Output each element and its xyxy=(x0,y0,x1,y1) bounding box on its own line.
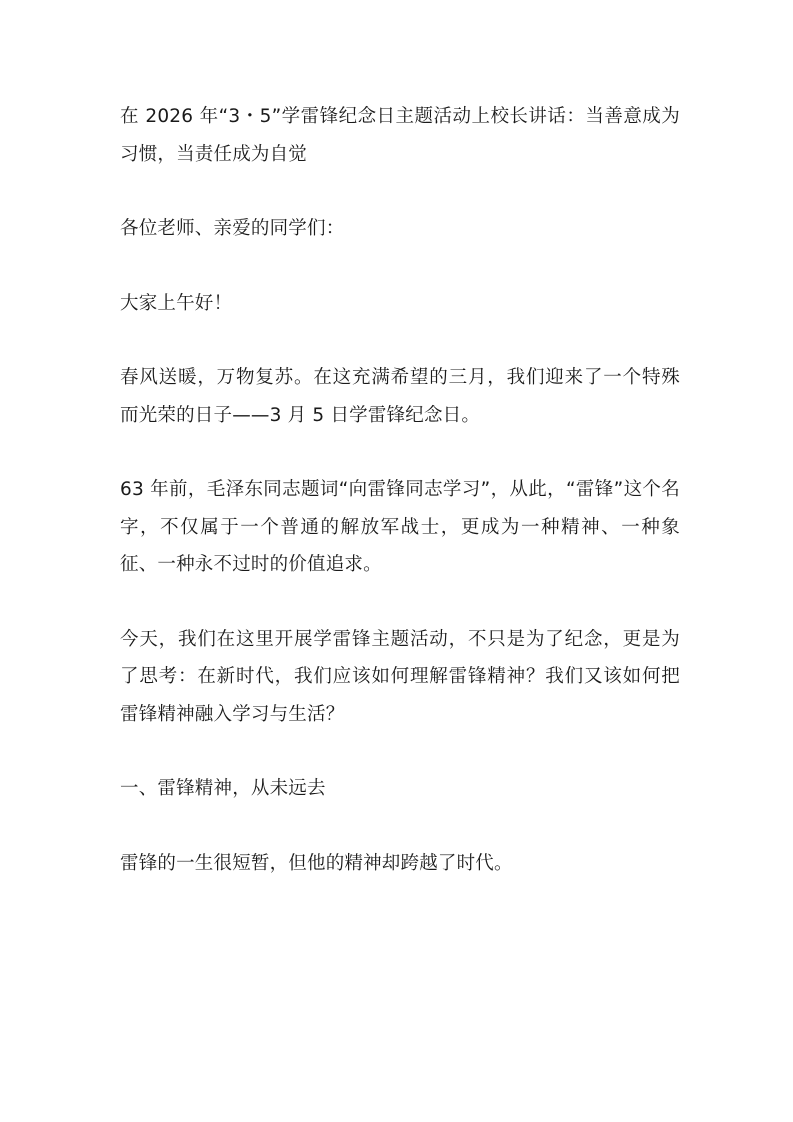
paragraph-1: 春风送暖，万物复苏。在这充满希望的三月，我们迎来了一个特殊而光荣的日子——3 月… xyxy=(120,359,680,434)
document-title: 在 2026 年“3・5”学雷锋纪念日主题活动上校长讲话：当善意成为习惯，当责任… xyxy=(120,98,680,173)
paragraph-2: 63 年前，毛泽东同志题词“向雷锋同志学习”，从此，“雷锋”这个名字，不仅属于一… xyxy=(120,471,680,584)
salutation: 各位老师、亲爱的同学们： xyxy=(120,210,680,248)
section-paragraph-1: 雷锋的一生很短暂，但他的精神却跨越了时代。 xyxy=(120,845,680,883)
section-heading: 一、雷锋精神，从未远去 xyxy=(120,770,680,808)
greeting: 大家上午好！ xyxy=(120,285,680,323)
document-page: 在 2026 年“3・5”学雷锋纪念日主题活动上校长讲话：当善意成为习惯，当责任… xyxy=(120,98,680,919)
paragraph-3: 今天，我们在这里开展学雷锋主题活动，不只是为了纪念，更是为了思考：在新时代，我们… xyxy=(120,621,680,734)
